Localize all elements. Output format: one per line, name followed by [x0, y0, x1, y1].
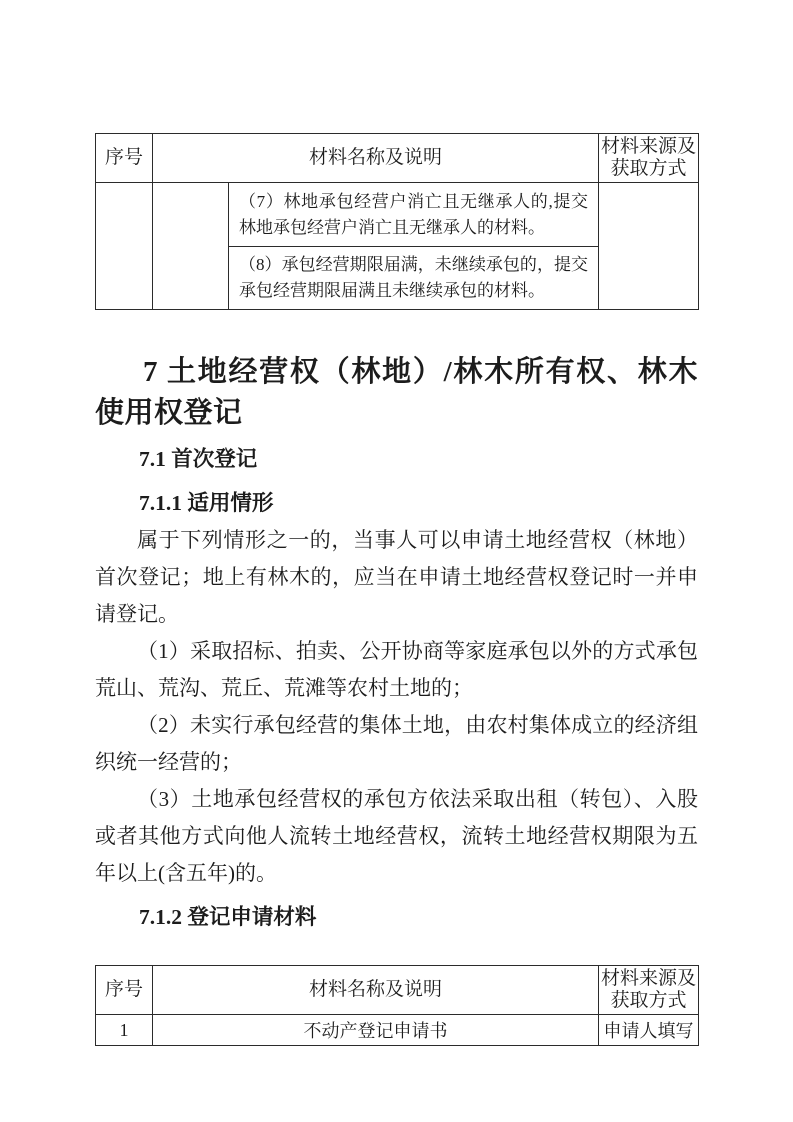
table-row-material-1: 1 不动产登记申请书 申请人填写 — [96, 1015, 699, 1046]
cell-serial-empty — [96, 183, 153, 310]
document-page: 序号 材料名称及说明 材料来源及获取方式 （7）林地承包经营户消亡且无继承人的,… — [95, 0, 698, 1046]
list-item-3: （3）土地承包经营权的承包方依法采取出租（转包）、入股或者其他方式向他人流转土地… — [95, 781, 698, 892]
table-header-row: 序号 材料名称及说明 材料来源及获取方式 — [96, 134, 699, 183]
section-7-heading: 7 土地经营权（林地）/林木所有权、林木使用权登记 — [95, 352, 698, 434]
application-materials-table: 序号 材料名称及说明 材料来源及获取方式 1 不动产登记申请书 申请人填写 — [95, 965, 699, 1046]
cell-subgroup-empty — [153, 183, 229, 310]
materials-table-continued: 序号 材料名称及说明 材料来源及获取方式 （7）林地承包经营户消亡且无继承人的,… — [95, 133, 699, 310]
cell-material-name-1: 不动产登记申请书 — [153, 1015, 599, 1046]
subsection-7-1-1-heading: 7.1.1 适用情形 — [95, 485, 698, 522]
list-item-1: （1）采取招标、拍卖、公开协商等家庭承包以外的方式承包荒山、荒沟、荒丘、荒滩等农… — [95, 633, 698, 707]
cell-item-8-text: （8）承包经营期限届满，未继续承包的，提交承包经营期限届满且未继续承包的材料。 — [229, 247, 599, 310]
list-item-2: （2）未实行承包经营的集体土地，由农村集体成立的经济组织统一经营的； — [95, 707, 698, 781]
table-row-item-7: （7）林地承包经营户消亡且无继承人的,提交林地承包经营户消亡且无继承人的材料。 — [96, 183, 699, 247]
cell-material-source-1: 申请人填写 — [599, 1015, 699, 1046]
header-cell-source: 材料来源及获取方式 — [599, 134, 699, 183]
subsection-7-1-heading: 7.1 首次登记 — [95, 441, 698, 478]
header-cell-source: 材料来源及获取方式 — [599, 966, 699, 1015]
header-cell-serial: 序号 — [96, 134, 153, 183]
header-cell-material-name: 材料名称及说明 — [153, 134, 599, 183]
header-cell-serial: 序号 — [96, 966, 153, 1015]
cell-serial-1: 1 — [96, 1015, 153, 1046]
top-margin — [95, 0, 698, 133]
table-header-row: 序号 材料名称及说明 材料来源及获取方式 — [96, 966, 699, 1015]
paragraph-intro: 属于下列情形之一的，当事人可以申请土地经营权（林地）首次登记；地上有林木的，应当… — [95, 522, 698, 633]
header-cell-material-name: 材料名称及说明 — [153, 966, 599, 1015]
cell-item-7-text: （7）林地承包经营户消亡且无继承人的,提交林地承包经营户消亡且无继承人的材料。 — [229, 183, 599, 247]
cell-source-empty — [599, 183, 699, 310]
subsection-7-1-2-heading: 7.1.2 登记申请材料 — [95, 899, 698, 936]
